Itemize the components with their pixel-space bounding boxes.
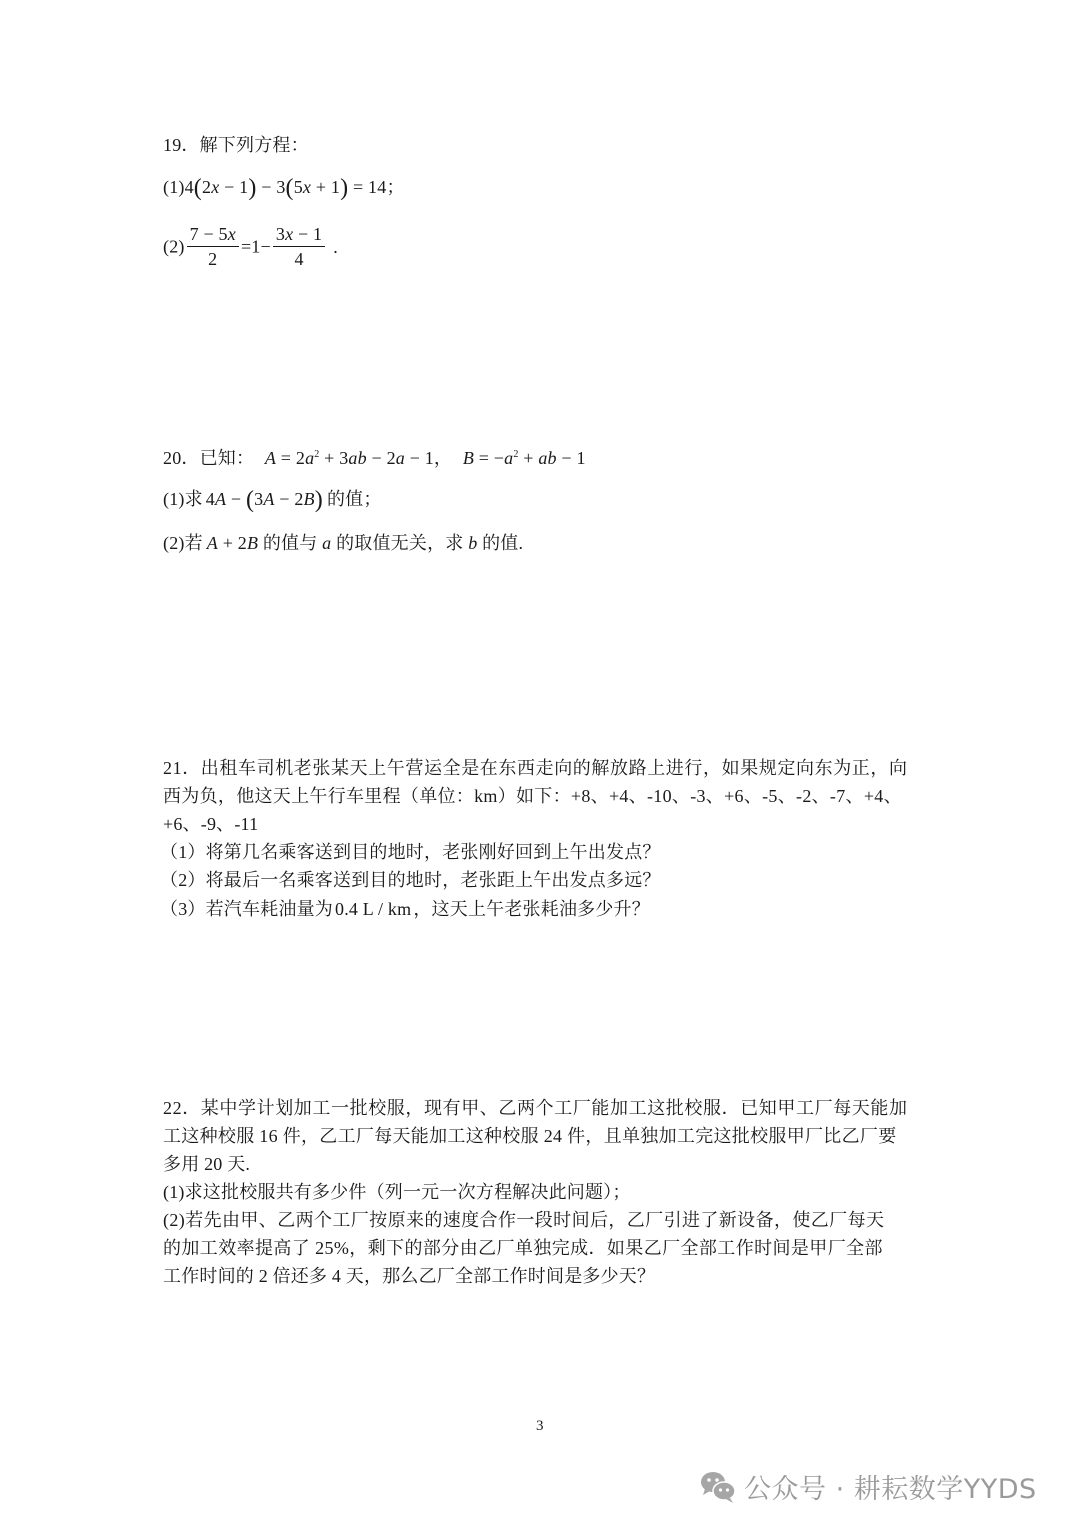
q22-line1: 22．某中学计划加工一批校服，现有甲、乙两个工厂能加工这批校服．已知甲工厂每天能… [163, 1094, 908, 1122]
q20-part2-label: (2)若 [163, 533, 203, 553]
q21-line1: 21．出租车司机老张某天上午营运全是在东西走向的解放路上进行，如果规定向东为正，… [163, 754, 908, 782]
q21-part2: （2）将最后一名乘客送到目的地时，老张距上午出发点多远？ [160, 866, 661, 894]
q20-B-definition: B = −a2 + ab − 1 [463, 448, 586, 468]
q20-var-a: a [322, 533, 331, 553]
q22-part1: (1)求这批校服共有多少件（列一元一次方程解决此问题）； [163, 1178, 631, 1206]
q20-part2-mid1: 的值与 [263, 533, 318, 553]
q20-title: 20．已知： A = 2a2 + 3ab − 2a − 1， B = −a2 +… [163, 444, 586, 472]
q20-part2-expression: A + 2B [207, 533, 258, 553]
watermark-text: 公众号 · 耕耘数学YYDS [744, 1467, 1037, 1506]
q19-rhs-fraction: 3x − 14 [273, 222, 325, 271]
q21-fuel-rate: 0.4 L / km [335, 899, 411, 919]
q19-part1-equation: 4(2x − 1) − 3(5x + 1) = 14 [185, 177, 387, 197]
q19-rhs-denominator: 4 [273, 247, 325, 271]
q21-part1: （1）将第几名乘客送到目的地时，老张刚好回到上午出发点？ [160, 838, 661, 866]
q19-part2-tail: . [333, 237, 338, 257]
q19-part1: (1)4(2x − 1) − 3(5x + 1) = 14； [163, 173, 405, 201]
q22-part2-line1: (2)若先由甲、乙两个工厂按原来的速度合作一段时间后，乙厂引进了新设备，使乙厂每… [163, 1206, 884, 1234]
q20-title-label: 20．已知： [163, 448, 254, 468]
q20-part1-tail: 的值； [327, 489, 382, 509]
q20-part2-mid2: 的取值无关，求 [336, 533, 463, 553]
wechat-icon [700, 1470, 736, 1504]
q19-lhs-fraction: 7 − 5x2 [187, 222, 239, 271]
q20-part1: (1)求4A − (3A − 2B)的值； [163, 485, 382, 513]
q19-rhs-numerator: 3x − 1 [273, 222, 325, 247]
q19-part1-label: (1) [163, 177, 185, 197]
q20-part2: (2)若A + 2B 的值与 a 的取值无关，求 b 的值. [163, 529, 523, 557]
q19-part2-label: (2) [163, 237, 185, 257]
q19-part1-tail: ； [386, 177, 404, 197]
q19-title: 19．解下列方程： [163, 131, 309, 159]
document-page: 19．解下列方程： (1)4(2x − 1) − 3(5x + 1) = 14；… [0, 0, 1080, 1527]
q20-part1-label: (1)求 [163, 489, 203, 509]
q21-line3: +6、-9、-11 [163, 810, 258, 838]
q20-part1-expression: 4A − (3A − 2B) [206, 489, 323, 509]
q22-line3: 多用 20 天. [163, 1150, 250, 1178]
q21-part3-pre: （3）若汽车耗油量为 [160, 899, 333, 919]
q21-part3-post: ，这天上午老张耗油多少升？ [413, 899, 650, 919]
q21-line2: 西为负，他这天上午行车里程（单位：km）如下：+8、+4、-10、-3、+6、-… [163, 782, 902, 810]
q20-part2-tail: 的值. [482, 533, 523, 553]
q19-lhs-denominator: 2 [187, 247, 239, 271]
q22-part2-line2: 的加工效率提高了 25%，剩下的部分由乙厂单独完成．如果乙厂全部工作时间是甲厂全… [163, 1234, 883, 1262]
q20-var-b: b [468, 533, 477, 553]
q22-part2-line3: 工作时间的 2 倍还多 4 天，那么乙厂全部工作时间是多少天？ [163, 1262, 655, 1290]
q19-part2: (2)7 − 5x2=1−3x − 14. [163, 222, 338, 271]
q19-lhs-numerator: 7 − 5x [187, 222, 239, 247]
q19-part2-mid: =1− [241, 237, 271, 257]
q21-part3: （3）若汽车耗油量为0.4 L / km，这天上午老张耗油多少升？ [160, 895, 650, 923]
watermark: 公众号 · 耕耘数学YYDS [700, 1467, 1037, 1506]
page-number: 3 [536, 1418, 544, 1435]
q22-line2: 工这种校服 16 件，乙工厂每天能加工这种校服 24 件，且单独加工完这批校服甲… [163, 1122, 897, 1150]
q20-A-definition: A = 2a2 + 3ab − 2a − 1， [265, 448, 452, 468]
